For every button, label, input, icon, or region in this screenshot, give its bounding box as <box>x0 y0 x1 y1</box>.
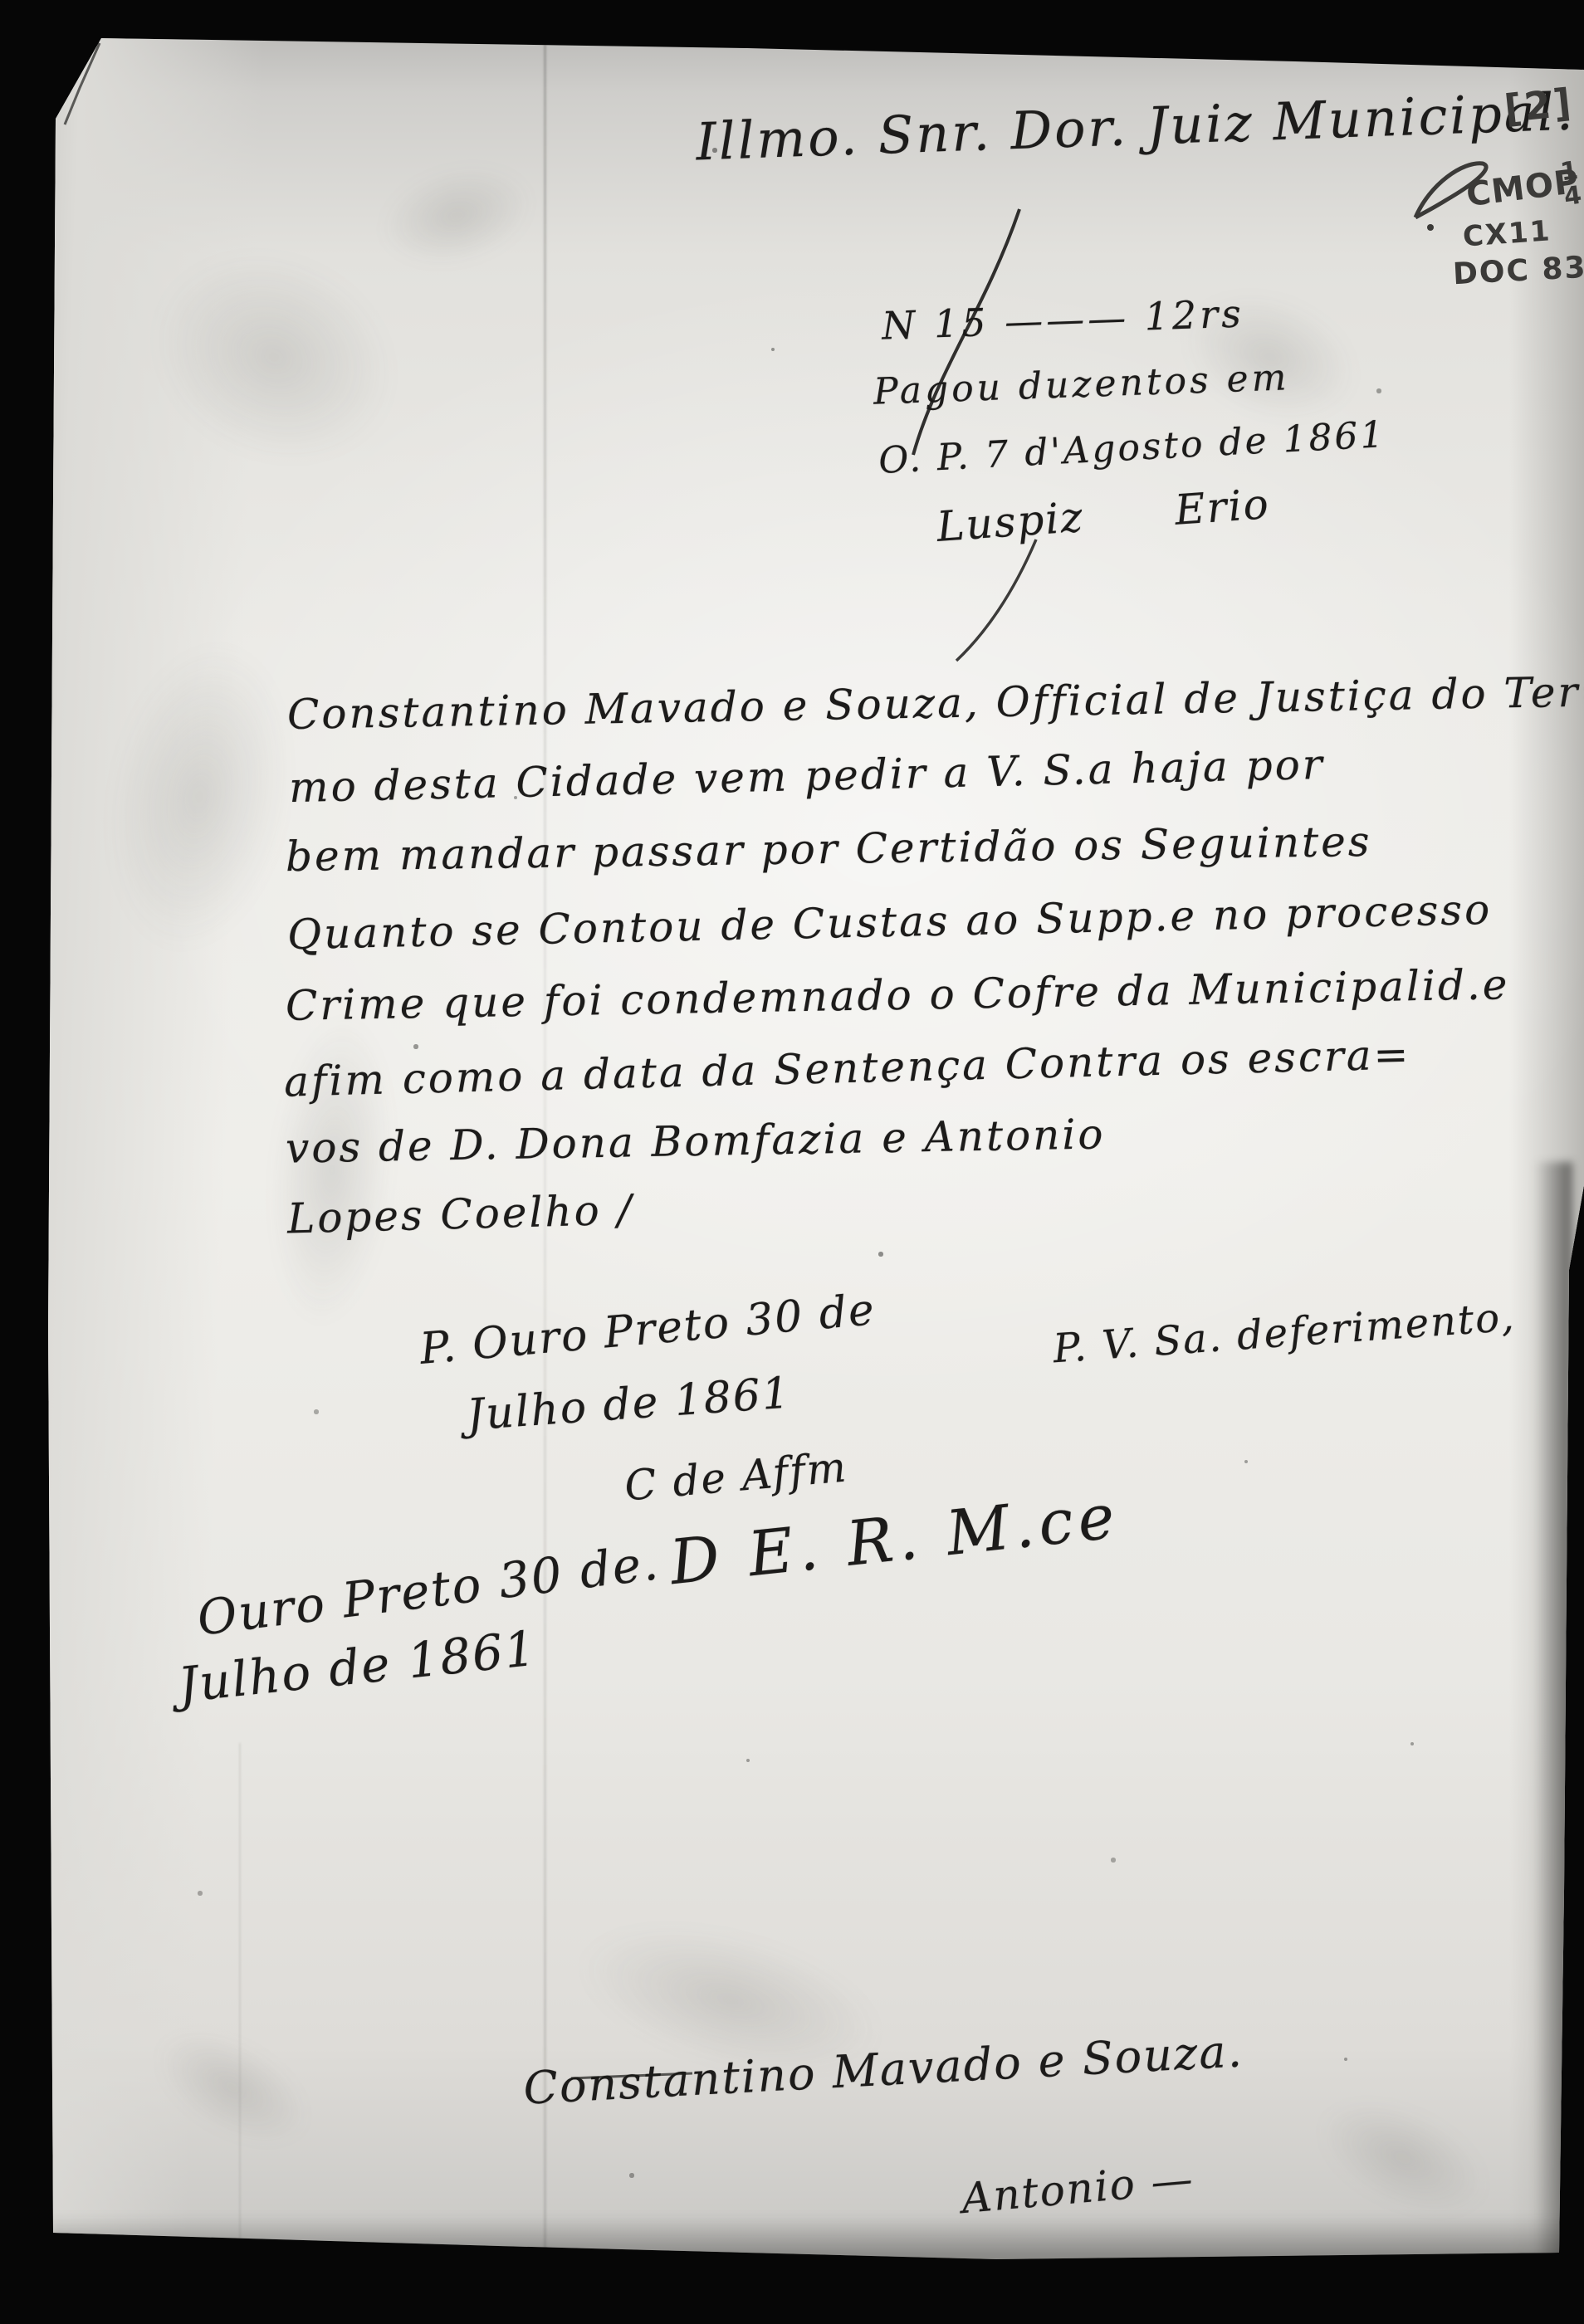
registry-date-line: O. P. 7 d'Agosto de 1861 <box>878 413 1387 482</box>
paper-specks <box>0 0 2 2</box>
signature-secondary: Antonio — <box>960 2155 1196 2223</box>
paper-bottom-edge-shadow <box>50 2216 1584 2266</box>
signature-gap <box>1085 525 1176 531</box>
petition-line: Quanto se Contou de Custas ao Supp.e no … <box>287 886 1493 959</box>
archival-doc-code: DOC 83 <box>1452 251 1584 291</box>
petition-line: Constantino Mavado e Souza, Official de … <box>287 667 1584 739</box>
petition-line: afim como a data da Sentença Contra os e… <box>283 1030 1411 1106</box>
closing-deferment-line: P. V. Sa. deferimento, <box>1052 1294 1517 1373</box>
registry-signature-right: Erio <box>1173 480 1271 535</box>
paper-sheet: Illmo. Snr. Dor. Juiz Municipal. N 15 ——… <box>0 0 1584 2324</box>
closing-courtesy-line: C de Affm <box>623 1443 849 1510</box>
ink-bleedthrough-smudge <box>335 124 579 308</box>
document-scan: Illmo. Snr. Dor. Juiz Municipal. N 15 ——… <box>0 0 1584 2324</box>
despatch-place-date-line1: Ouro Preto 30 de. <box>194 1534 662 1647</box>
vertical-fold-crease-minor <box>239 1743 241 2241</box>
petition-line: Lopes Coelho / <box>286 1186 634 1243</box>
archival-box-code: CX11 <box>1462 214 1552 253</box>
petition-line: Crime que foi condemnado o Cofre da Muni… <box>286 960 1510 1030</box>
ink-bleedthrough-smudge <box>100 1975 364 2199</box>
archival-fraction-bottom: 4 <box>1562 183 1583 211</box>
archival-page-number: [2] <box>1502 80 1575 131</box>
closing-place-date-line2: Julho de 1861 <box>465 1368 792 1440</box>
addressee-line: Illmo. Snr. Dor. Juiz Municipal. <box>695 81 1576 173</box>
petition-line: mo desta Cidade vem pedir a V. S.a haja … <box>289 740 1326 812</box>
registry-signatures-line: LuspizErio <box>935 480 1271 551</box>
closing-place-date-line1: P. Ouro Preto 30 de <box>418 1285 878 1374</box>
registry-signature-left: Luspiz <box>935 493 1085 551</box>
paper-right-edge-shadow <box>1534 1162 1572 2274</box>
petition-line: bem mandar passar por Certidão os Seguin… <box>286 818 1372 881</box>
